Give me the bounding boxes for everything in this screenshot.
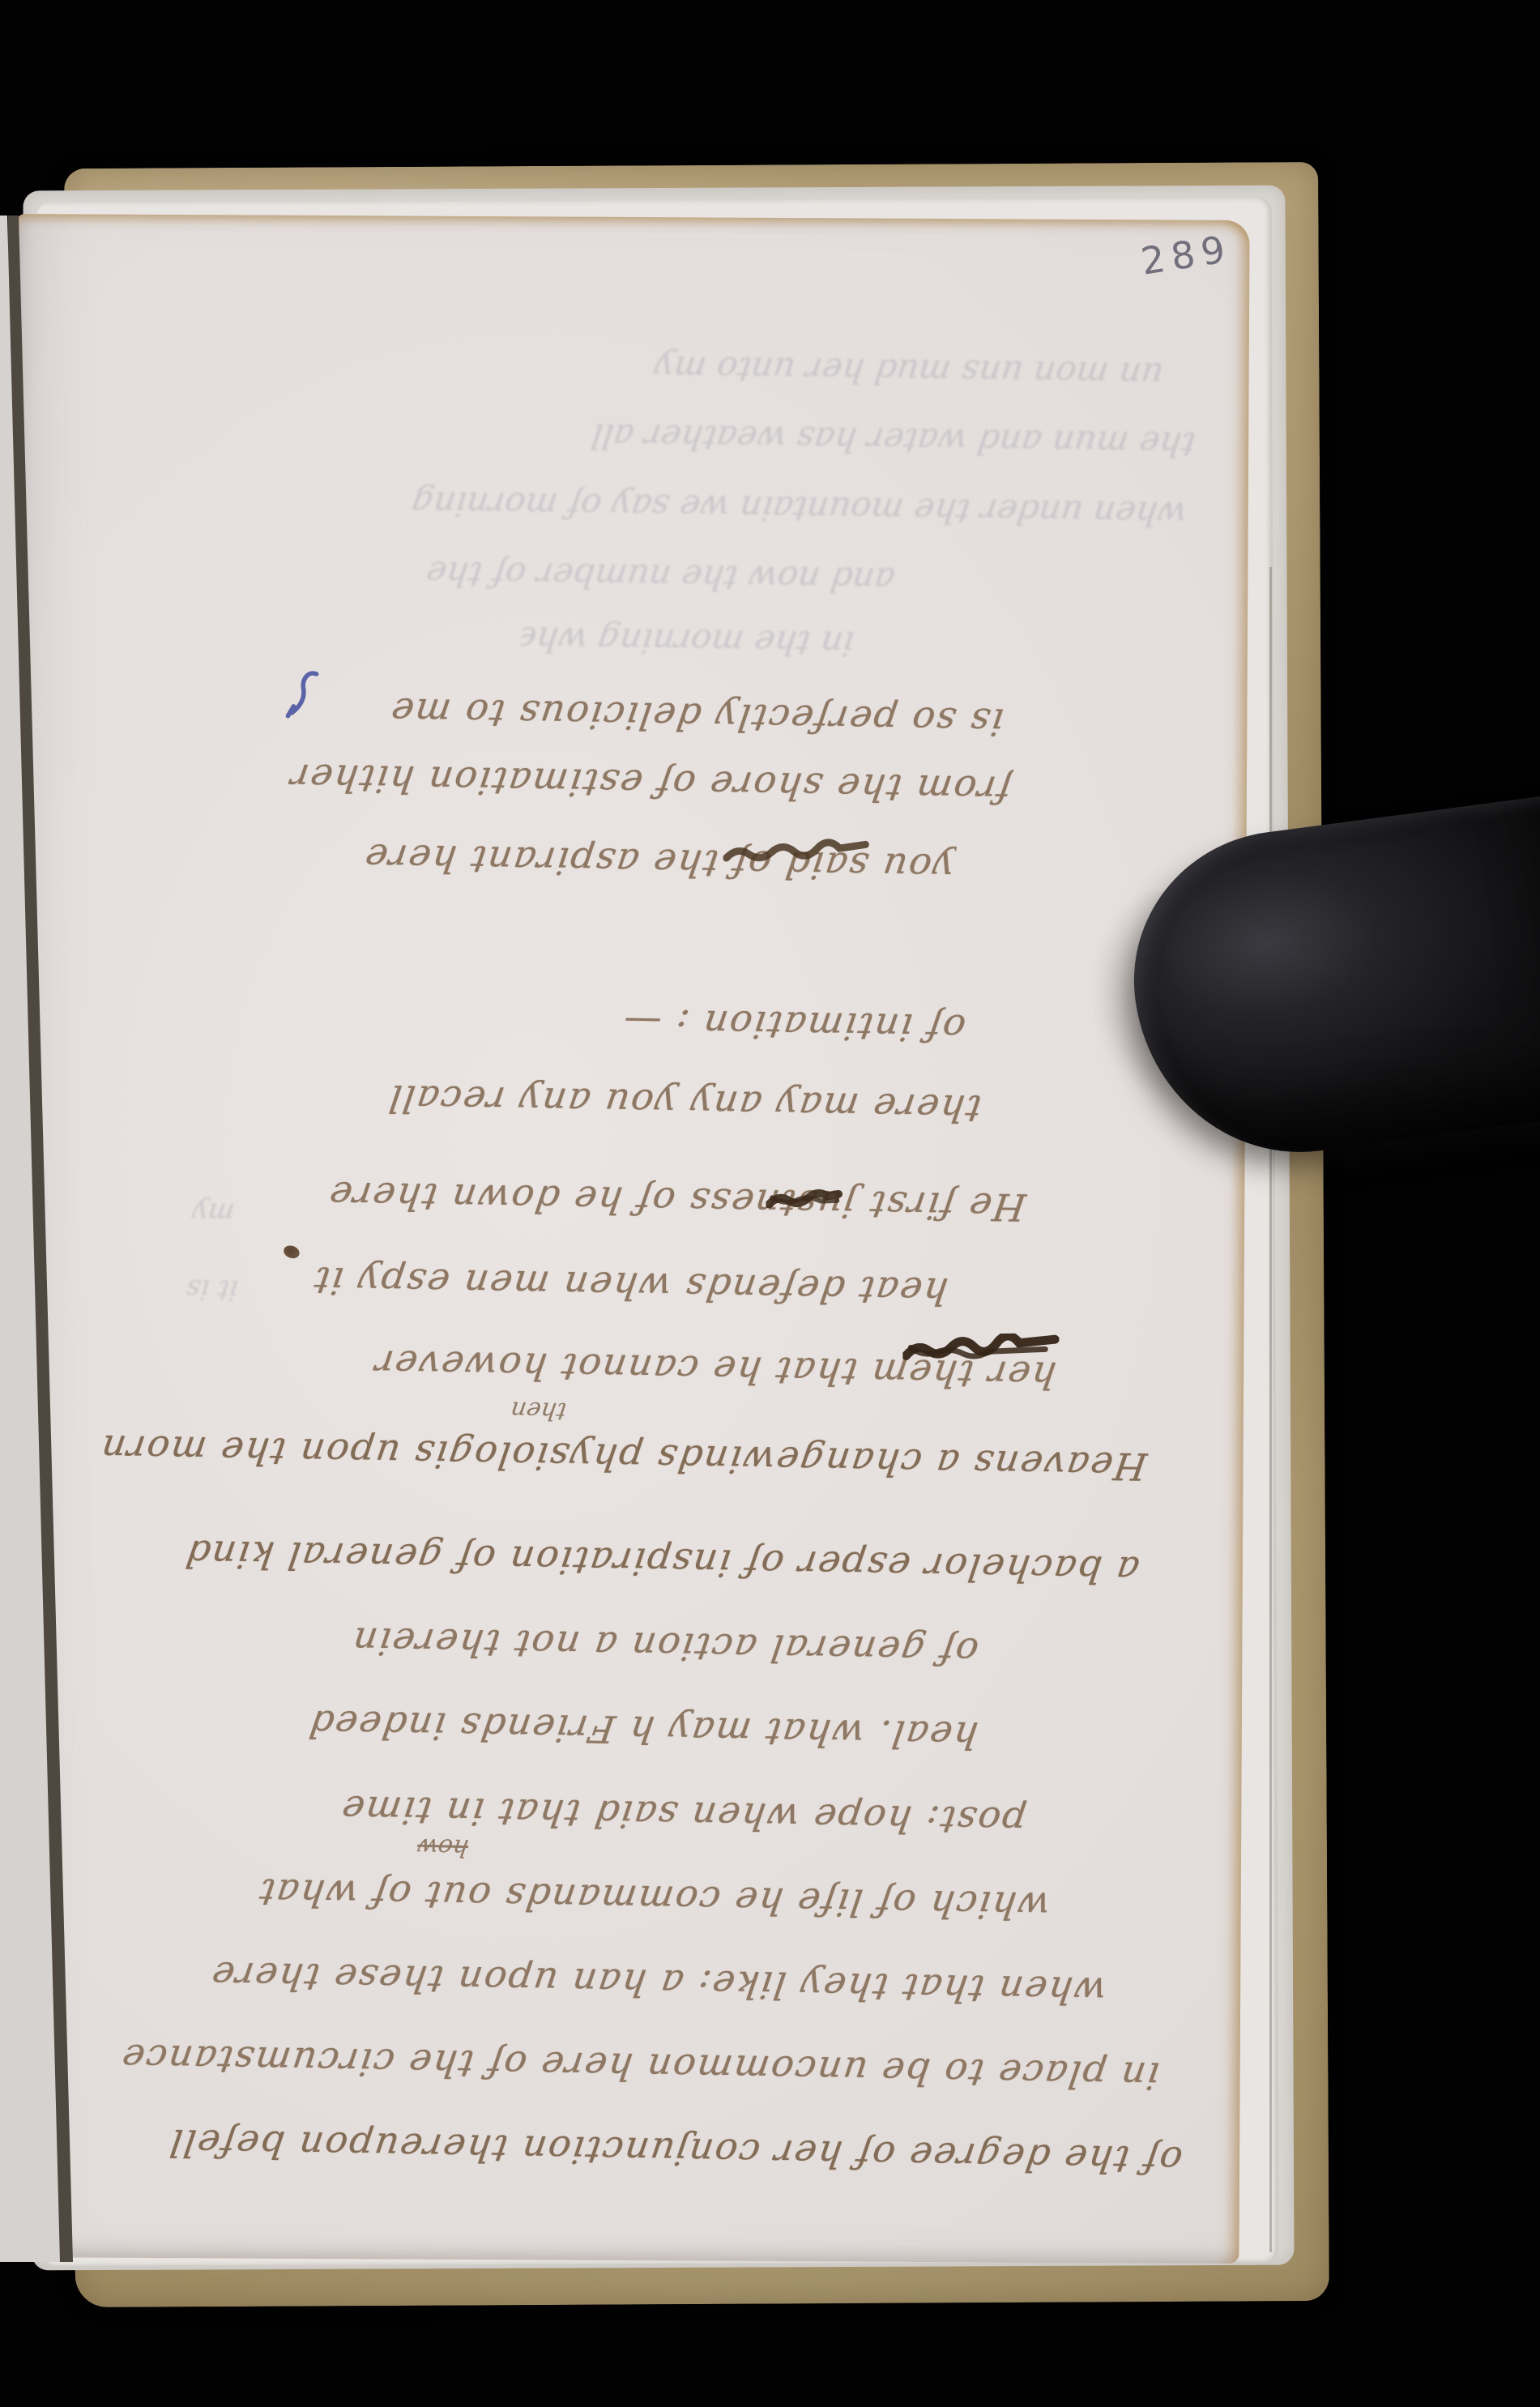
- ghost-fragment: it is: [120, 1255, 242, 1321]
- blue-ink-mark: [284, 669, 326, 721]
- handwritten-line: post: hope when said that in time: [170, 1771, 1030, 1855]
- notebook-page: 289 un mon uns mud her unto my the mun a…: [6, 214, 1249, 2264]
- ghost-fragment: my: [141, 1178, 239, 1244]
- inserted-word-struck: how: [361, 1831, 471, 1861]
- handwritten-line: of general action a not therein: [237, 1603, 983, 1686]
- handwritten-line: heal. what may h Friends indeed: [184, 1686, 983, 1769]
- ink-scribble-strikeout: [723, 837, 877, 868]
- handwritten-line: heat defends when men espy it: [262, 1244, 953, 1325]
- ghost-line: when under the mountain we say of mornin…: [307, 468, 1191, 545]
- handwritten-line: a bachelor esper of inspiration of gener…: [78, 1517, 1144, 1605]
- ink-struck-word: [766, 1186, 843, 1214]
- folio-number: 289: [1138, 226, 1235, 283]
- handwritten-line: He first justness of he down there: [262, 1159, 1030, 1241]
- handwritten-line: of the degree of her conjunction thereup…: [105, 2106, 1187, 2195]
- handwritten-line: of intimation : —: [547, 985, 970, 1062]
- handwritten-line: from the shore of estimation hither: [265, 741, 1016, 824]
- handwritten-line: in place to be uncommon here of the circ…: [98, 2022, 1164, 2110]
- inserted-word: then: [426, 1393, 568, 1424]
- handwritten-line: which of life he commands out of what: [130, 1854, 1055, 1940]
- manuscript-photo: 289 un mon uns mud her unto my the mun a…: [0, 0, 1540, 2407]
- handwritten-line: Heavens a changewinds physiologis upon t…: [79, 1413, 1152, 1501]
- ink-heavy-scribble: [902, 1333, 1063, 1367]
- handwritten-line: there may any you any recall: [263, 1061, 986, 1142]
- ghost-line: in the morning when: [517, 606, 858, 676]
- ghost-line: un mon uns mud her unto my: [567, 334, 1167, 407]
- page-edge-seam: [1269, 567, 1272, 2252]
- handwritten-line: when that they like: a han upon these th…: [113, 1938, 1111, 2025]
- ghost-line: and now the number of the: [339, 539, 899, 611]
- ghost-line: the mun and water has weather all: [518, 402, 1200, 476]
